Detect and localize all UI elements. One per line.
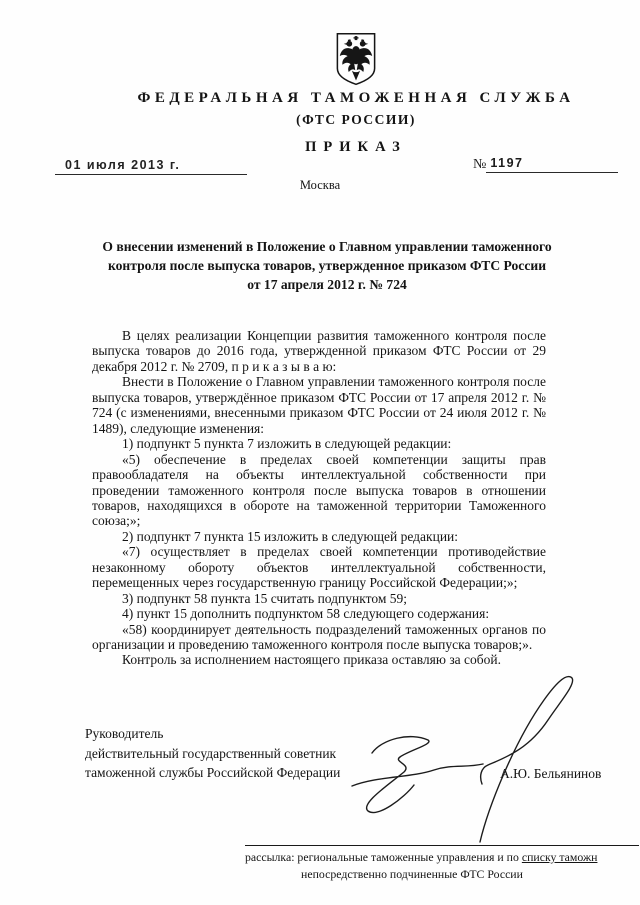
number-sign: № [473, 157, 486, 172]
document-type-heading: ПРИКАЗ [72, 139, 640, 156]
signer-position-line-1: Руководитель [85, 724, 340, 744]
body-paragraph: 1) подпункт 5 пункта 7 изложить в следую… [92, 436, 546, 451]
city-label: Москва [72, 178, 568, 193]
body-paragraph: Внести в Положение о Главном управлении … [92, 374, 546, 436]
signer-position-line-3: таможенной службы Российской Федерации [85, 763, 340, 783]
body-paragraph: 2) подпункт 7 пункта 15 изложить в следу… [92, 529, 546, 544]
signer-position: Руководитель действительный государствен… [85, 724, 340, 783]
organization-abbreviation: (ФТС РОССИИ) [72, 112, 640, 128]
handwritten-signature [338, 658, 590, 858]
distribution-line-2: непосредственно подчиненные ФТС России [245, 866, 639, 883]
body-paragraph: «5) обеспечение в пределах своей компете… [92, 452, 546, 529]
order-document-page: ФЕДЕРАЛЬНАЯ ТАМОЖЕННАЯ СЛУЖБА (ФТС РОССИ… [0, 0, 640, 905]
order-date: 01 июля 2013 г. [55, 158, 247, 175]
coat-of-arms-icon [335, 30, 377, 88]
order-title-line-2: контроля после выпуска товаров, утвержде… [80, 256, 574, 275]
order-number: 1197 [486, 155, 618, 173]
body-paragraph: В целях реализации Концепции развития та… [92, 328, 546, 374]
letterhead: ФЕДЕРАЛЬНАЯ ТАМОЖЕННАЯ СЛУЖБА (ФТС РОССИ… [72, 90, 640, 156]
body-paragraph: «58) координирует деятельность подраздел… [92, 622, 546, 653]
footer-divider [245, 845, 639, 846]
distribution-line-1: рассылка: региональные таможенные управл… [245, 849, 639, 866]
order-title-line-3: от 17 апреля 2012 г. № 724 [80, 275, 574, 294]
order-number-field: №1197 [473, 155, 618, 173]
order-body: В целях реализации Концепции развития та… [92, 328, 546, 653]
order-title: О внесении изменений в Положение о Главн… [80, 237, 574, 294]
signer-position-line-2: действительный государственный советник [85, 744, 340, 764]
order-title-line-1: О внесении изменений в Положение о Главн… [80, 237, 574, 256]
body-paragraph: 3) подпункт 58 пункта 15 считать подпунк… [92, 591, 546, 606]
distribution-underlined-text: списку таможн [522, 850, 598, 864]
organization-name: ФЕДЕРАЛЬНАЯ ТАМОЖЕННАЯ СЛУЖБА [72, 90, 640, 106]
body-paragraph: 4) пункт 15 дополнить подпунктом 58 след… [92, 606, 546, 621]
distribution-note: рассылка: региональные таможенные управл… [245, 845, 639, 882]
body-paragraph: «7) осуществляет в пределах своей компет… [92, 544, 546, 590]
